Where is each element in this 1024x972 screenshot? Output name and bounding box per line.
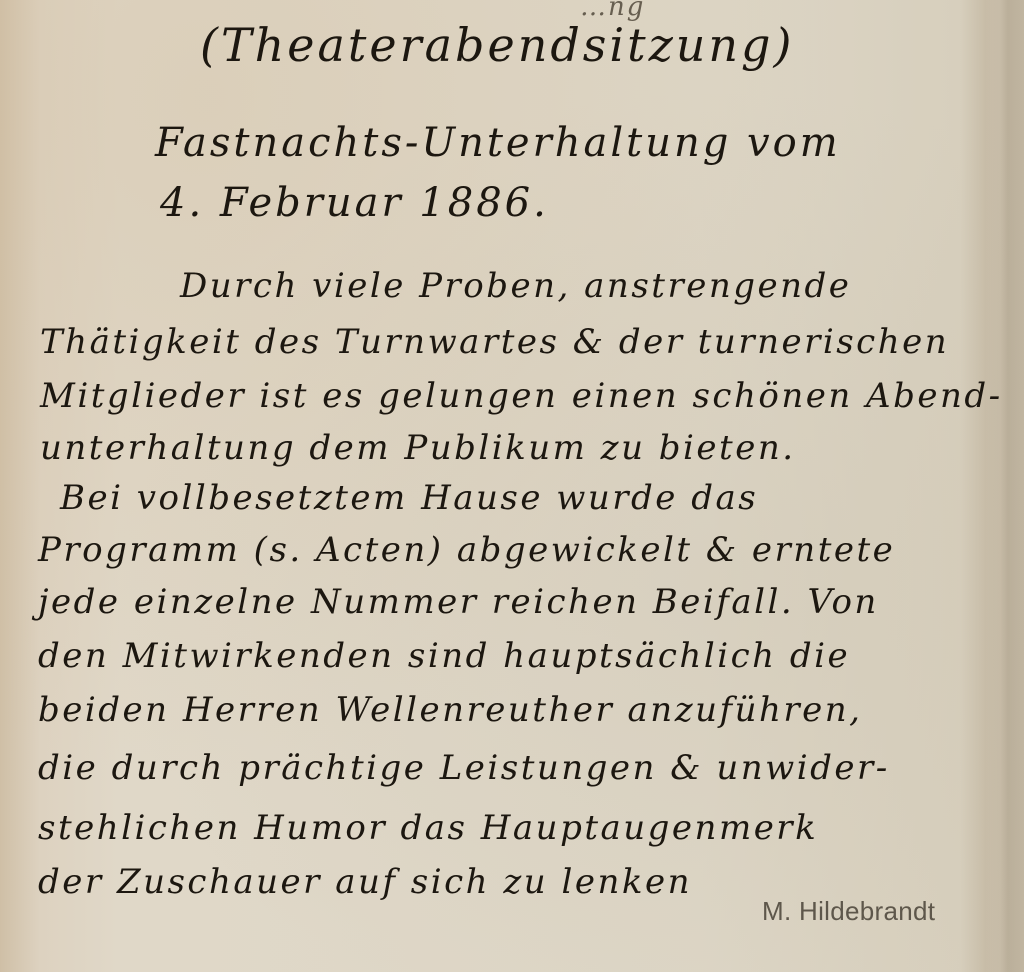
- body-line-4: unterhaltung dem Publikum zu bieten.: [40, 428, 796, 468]
- body-line-1: Durch viele Proben, anstrengende: [180, 266, 851, 306]
- body-line-7: jede einzelne Nummer reichen Beifall. Vo…: [38, 582, 879, 622]
- document-title: (Theaterabendsitzung): [200, 18, 794, 72]
- body-line-9: beiden Herren Wellenreuther anzuführen,: [38, 690, 862, 730]
- body-line-3: Mitglieder ist es gelungen einen schönen…: [40, 376, 1003, 416]
- body-line-8: den Mitwirkenden sind hauptsächlich die: [38, 636, 850, 676]
- body-line-6: Programm (s. Acten) abgewickelt & erntet…: [38, 530, 895, 570]
- photographer-watermark: M. Hildebrandt: [762, 896, 935, 927]
- heading-line-2: 4. Februar 1886.: [160, 180, 549, 226]
- body-line-10: die durch prächtige Leistungen & unwider…: [38, 748, 890, 788]
- body-line-12: der Zuschauer auf sich zu lenken: [38, 862, 692, 902]
- body-line-5: Bei vollbesetztem Hause wurde das: [60, 478, 758, 518]
- manuscript-page: …ng (Theaterabendsitzung) Fastnachts-Unt…: [0, 0, 1024, 972]
- page-edge-shadow: [984, 0, 1024, 972]
- body-line-2: Thätigkeit des Turnwartes & der turneris…: [40, 322, 949, 362]
- body-line-11: stehlichen Humor das Hauptaugenmerk: [38, 808, 818, 848]
- heading-line-1: Fastnachts-Unterhaltung vom: [155, 120, 841, 166]
